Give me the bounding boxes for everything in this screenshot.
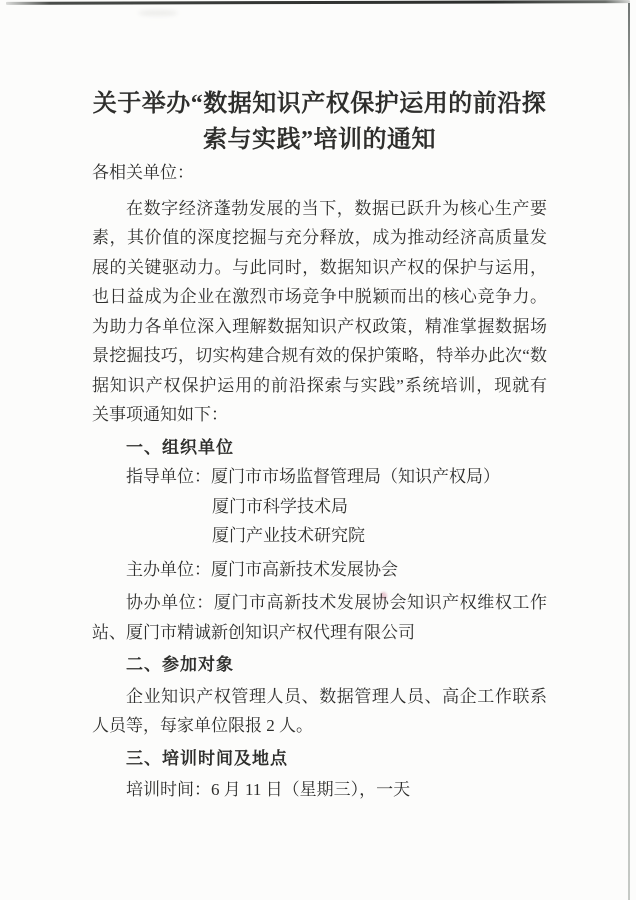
body-text-line: 关事项通知如下： <box>92 400 547 430</box>
salutation: 各相关单位： <box>92 158 547 188</box>
body-text-line: 为助力各单位深入理解数据知识产权政策，精准掌握数据场 <box>92 312 547 342</box>
co-organizer-line: 站、厦门市精诚新创知识产权代理有限公司 <box>92 618 547 648</box>
section-heading-participants: 二、参加对象 <box>92 650 547 680</box>
body-text-line: 企业知识产权管理人员、数据管理人员、高企工作联系 <box>92 682 547 712</box>
scan-right-edge-artifact <box>628 3 630 900</box>
body-text-line: 也日益成为企业在激烈市场竞争中脱颖而出的核心竞争力。 <box>92 282 547 312</box>
body-text-line: 景挖掘技巧，切实构建合规有效的保护策略，特举办此次“数 <box>92 341 547 371</box>
notice-title-line-2: 索与实践”培训的通知 <box>92 122 547 158</box>
body-text-line: 素，其价值的深度挖掘与充分释放，成为推动经济高质量发 <box>92 223 547 253</box>
co-organizer-line: 协办单位：厦门市高新技术发展协会知识产权维权工作 <box>92 588 547 618</box>
host-unit-line: 主办单位：厦门市高新技术发展协会 <box>92 555 547 585</box>
section-heading-organizers: 一、组织单位 <box>92 433 547 463</box>
guiding-unit-line: 厦门产业技术研究院 <box>92 521 547 551</box>
guiding-unit-line: 指导单位：厦门市市场监督管理局（知识产权局） <box>92 462 547 492</box>
body-text-line: 人员等，每家单位限报 2 人。 <box>92 711 547 741</box>
training-time-line: 培训时间：6 月 11 日（星期三），一天 <box>92 775 547 805</box>
body-text-line: 据知识产权保护运用的前沿探索与实践”系统培训，现就有 <box>92 371 547 401</box>
document-body: 关于举办“数据知识产权保护运用的前沿探 索与实践”培训的通知 各相关单位： 在数… <box>92 0 547 805</box>
guiding-unit-line: 厦门市科学技术局 <box>92 492 547 522</box>
body-text-line: 在数字经济蓬勃发展的当下，数据已跃升为核心生产要 <box>92 194 547 224</box>
notice-title: 关于举办“数据知识产权保护运用的前沿探 索与实践”培训的通知 <box>92 86 547 158</box>
scanned-page: 关于举办“数据知识产权保护运用的前沿探 索与实践”培训的通知 各相关单位： 在数… <box>0 0 636 900</box>
body-text-line: 展的关键驱动力。与此同时，数据知识产权的保护与运用， <box>92 253 547 283</box>
notice-title-line-1: 关于举办“数据知识产权保护运用的前沿探 <box>92 86 547 122</box>
section-heading-time-location: 三、培训时间及地点 <box>92 744 547 774</box>
